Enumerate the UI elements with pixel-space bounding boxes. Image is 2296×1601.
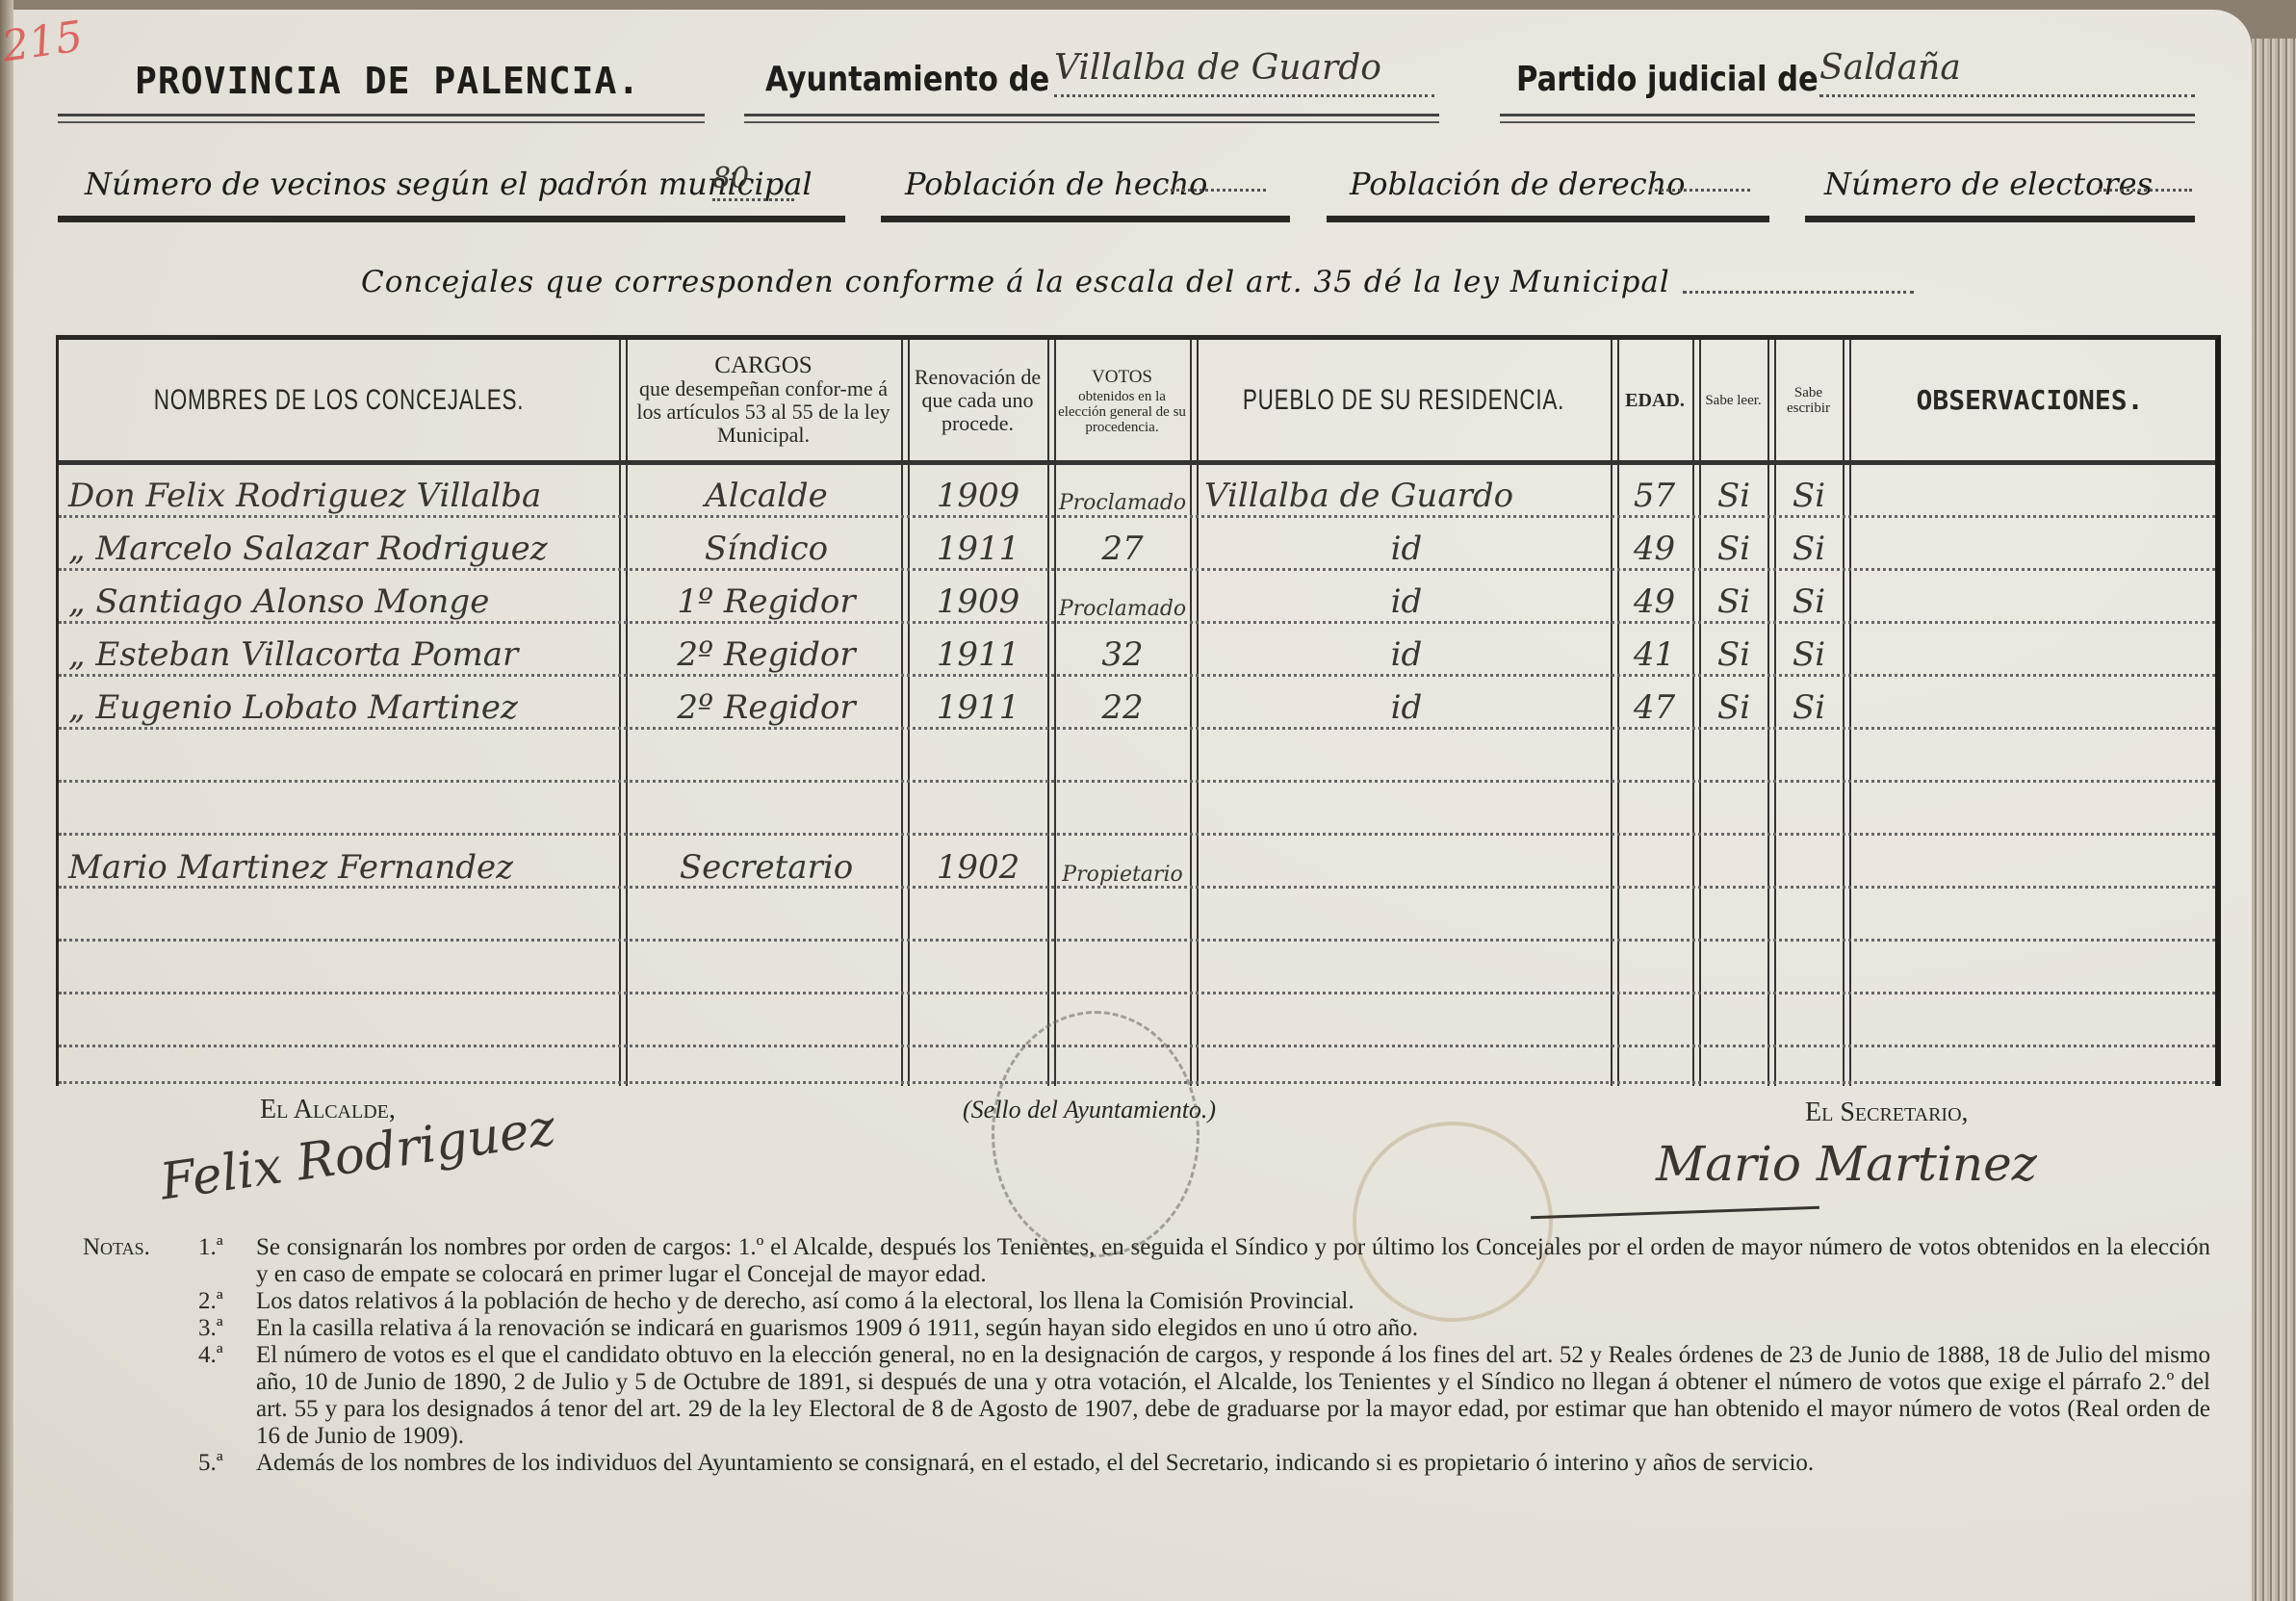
cell-cargo[interactable]: 2º Regidor <box>636 626 896 678</box>
cell-sabe-leer[interactable]: Si <box>1700 573 1767 625</box>
divider <box>1805 216 2195 222</box>
header-cargos-title: CARGOS <box>714 354 812 377</box>
note-text: Se consignarán los nombres por orden de … <box>256 1234 2210 1288</box>
cell-votos[interactable]: Proclamado <box>1055 573 1190 625</box>
ayuntamiento-label: Ayuntamiento de <box>765 60 1049 99</box>
electores-field[interactable] <box>2099 189 2192 192</box>
derecho-label: Población de derecho <box>1350 166 1686 202</box>
cell-pueblo[interactable]: id <box>1204 679 1609 731</box>
header-sabe-leer: Sabe leer. <box>1699 340 1767 460</box>
divider <box>744 114 1439 123</box>
note-item: 5.ª Además de los nombres de los individ… <box>83 1450 2210 1477</box>
cell-sabe-leer[interactable]: Si <box>1700 520 1767 572</box>
divider <box>58 216 845 222</box>
cell-sabe-escribir[interactable]: Si <box>1775 679 1843 731</box>
alcalde-label: El Alcalde, <box>260 1095 396 1125</box>
cell-sabe-escribir[interactable]: Si <box>1775 467 1843 519</box>
cell-observaciones[interactable] <box>1854 626 2206 678</box>
cell-nombre[interactable]: „ Esteban Villacorta Pomar <box>68 626 617 678</box>
header-edad: EDAD. <box>1617 340 1692 460</box>
header-nombres: NOMBRES DE LOS CONCEJALES. <box>129 340 550 460</box>
cell-votos[interactable]: 32 <box>1055 626 1190 678</box>
cell-votos[interactable]: 27 <box>1055 520 1190 572</box>
book-binding <box>0 0 13 1601</box>
note-number: 2.ª <box>198 1288 256 1315</box>
vecinos-label: Número de vecinos según el padrón munici… <box>85 166 813 202</box>
municipal-stamp <box>992 1011 1200 1257</box>
cell-cargo[interactable]: Síndico <box>636 520 896 572</box>
cell-edad[interactable]: 47 <box>1618 679 1690 731</box>
header-renovacion: Renovación de que cada uno procede. <box>908 340 1047 460</box>
cell-sabe-escribir[interactable]: Si <box>1775 520 1843 572</box>
cell-sabe-leer[interactable]: Si <box>1700 626 1767 678</box>
cell-renovacion[interactable]: 1909 <box>911 573 1045 625</box>
cell-pueblo[interactable]: Villalba de Guardo <box>1204 467 1609 519</box>
row-line <box>59 780 2215 783</box>
cell-nombre[interactable]: „ Marcelo Salazar Rodriguez <box>68 520 617 572</box>
note-text: En la casilla relativa á la renovación s… <box>256 1315 2210 1342</box>
cell-cargo[interactable]: Alcalde <box>636 467 896 519</box>
cell-cargo[interactable]: 2º Regidor <box>636 679 896 731</box>
header-rule <box>59 460 2215 465</box>
notes-lead: Notas. <box>83 1234 198 1288</box>
note-item: 4.ª El número de votos es el que el cand… <box>83 1342 2210 1450</box>
cell-nombre[interactable]: „ Eugenio Lobato Martinez <box>68 679 617 731</box>
cell-pueblo[interactable]: id <box>1204 520 1609 572</box>
sello-label: (Sello del Ayuntamiento.) <box>963 1096 1216 1124</box>
cell-observaciones[interactable] <box>1854 467 2206 519</box>
hecho-label: Población de hecho <box>905 166 1207 202</box>
notes-section: Notas. 1.ª Se consignarán los nombres po… <box>83 1234 2210 1477</box>
electores-label: Número de electores <box>1824 166 2153 202</box>
note-item: 3.ª En la casilla relativa á la renovaci… <box>83 1315 2210 1342</box>
cell-nombre[interactable]: Don Felix Rodriguez Villalba <box>68 467 617 519</box>
cell-cargo[interactable]: 1º Regidor <box>636 573 896 625</box>
concejales-label: Concejales que corresponden conforme á l… <box>361 265 1670 299</box>
header-sabe-escribir: Sabe escribir <box>1774 340 1843 460</box>
page-edges <box>2252 39 2296 1601</box>
header-votos-sub: obtenidos en la elección general de su p… <box>1054 389 1190 435</box>
note-text: Los datos relativos á la población de he… <box>256 1288 2210 1315</box>
cell-votos[interactable]: Proclamado <box>1055 467 1190 519</box>
secretario-signature: Mario Martinez <box>1656 1136 2037 1192</box>
cell-sabe-escribir[interactable]: Si <box>1775 626 1843 678</box>
header-votos: VOTOS obtenidos en la elección general d… <box>1054 340 1190 460</box>
cell-renovacion[interactable]: 1902 <box>911 839 1045 891</box>
divider <box>58 114 705 123</box>
row-line <box>59 939 2215 942</box>
province-title: PROVINCIA DE PALENCIA. <box>135 60 640 102</box>
cell-renovacion[interactable]: 1911 <box>911 626 1045 678</box>
derecho-field[interactable] <box>1649 189 1750 192</box>
header-votos-title: VOTOS <box>1092 366 1152 389</box>
cell-edad[interactable]: 49 <box>1618 573 1690 625</box>
concejales-table: NOMBRES DE LOS CONCEJALES. CARGOS que de… <box>56 335 2221 1086</box>
note-text: El número de votos es el que el candidat… <box>256 1342 2210 1450</box>
divider <box>881 216 1290 222</box>
row-line <box>59 833 2215 836</box>
cell-cargo[interactable]: Secretario <box>636 839 896 891</box>
cell-votos[interactable]: Propietario <box>1055 839 1190 891</box>
cell-observaciones[interactable] <box>1854 573 2206 625</box>
cell-observaciones[interactable] <box>1854 679 2206 731</box>
header-pueblo: PUEBLO DE SU RESIDENCIA. <box>1249 340 1560 460</box>
note-text: Además de los nombres de los individuos … <box>256 1450 2210 1477</box>
note-number: 3.ª <box>198 1315 256 1342</box>
cell-pueblo[interactable]: id <box>1204 573 1609 625</box>
column-divider <box>1190 340 1199 1086</box>
note-item: Notas. 1.ª Se consignarán los nombres po… <box>83 1234 2210 1288</box>
secretario-label: El Secretario, <box>1805 1097 1969 1128</box>
cell-nombre[interactable]: „ Santiago Alonso Monge <box>68 573 617 625</box>
cell-renovacion[interactable]: 1911 <box>911 679 1045 731</box>
cell-pueblo[interactable]: id <box>1204 626 1609 678</box>
cell-nombre[interactable]: Mario Martinez Fernandez <box>68 839 617 891</box>
note-number: 4.ª <box>198 1342 256 1450</box>
cell-sabe-leer[interactable]: Si <box>1700 679 1767 731</box>
row-line <box>59 992 2215 994</box>
partido-label: Partido judicial de <box>1516 60 1819 99</box>
cell-sabe-escribir[interactable]: Si <box>1775 573 1843 625</box>
header-cargos-sub: que desempeñan confor-me á los artículos… <box>626 377 901 447</box>
cell-sabe-leer[interactable]: Si <box>1700 467 1767 519</box>
cell-renovacion[interactable]: 1909 <box>911 467 1045 519</box>
divider <box>1327 216 1769 222</box>
cell-observaciones[interactable] <box>1854 520 2206 572</box>
vecinos-field[interactable]: 80 <box>712 162 794 201</box>
cell-renovacion[interactable]: 1911 <box>911 520 1045 572</box>
note-number: 5.ª <box>198 1450 256 1477</box>
note-number: 1.ª <box>198 1234 256 1288</box>
cell-edad[interactable]: 41 <box>1618 626 1690 678</box>
note-item: 2.ª Los datos relativos á la población d… <box>83 1288 2210 1315</box>
header-cargos: CARGOS que desempeñan confor-me á los ar… <box>626 340 901 460</box>
concejales-field[interactable] <box>1683 291 1914 294</box>
header-observaciones: OBSERVACIONES. <box>1849 340 2210 460</box>
ayuntamiento-field[interactable]: Villalba de Guardo <box>1054 48 1434 97</box>
divider <box>1500 114 2195 123</box>
hecho-field[interactable] <box>1165 189 1266 192</box>
cell-edad[interactable]: 49 <box>1618 520 1690 572</box>
partido-field[interactable]: Saldaña <box>1819 48 2195 97</box>
cell-edad[interactable]: 57 <box>1618 467 1690 519</box>
cell-votos[interactable]: 22 <box>1055 679 1190 731</box>
